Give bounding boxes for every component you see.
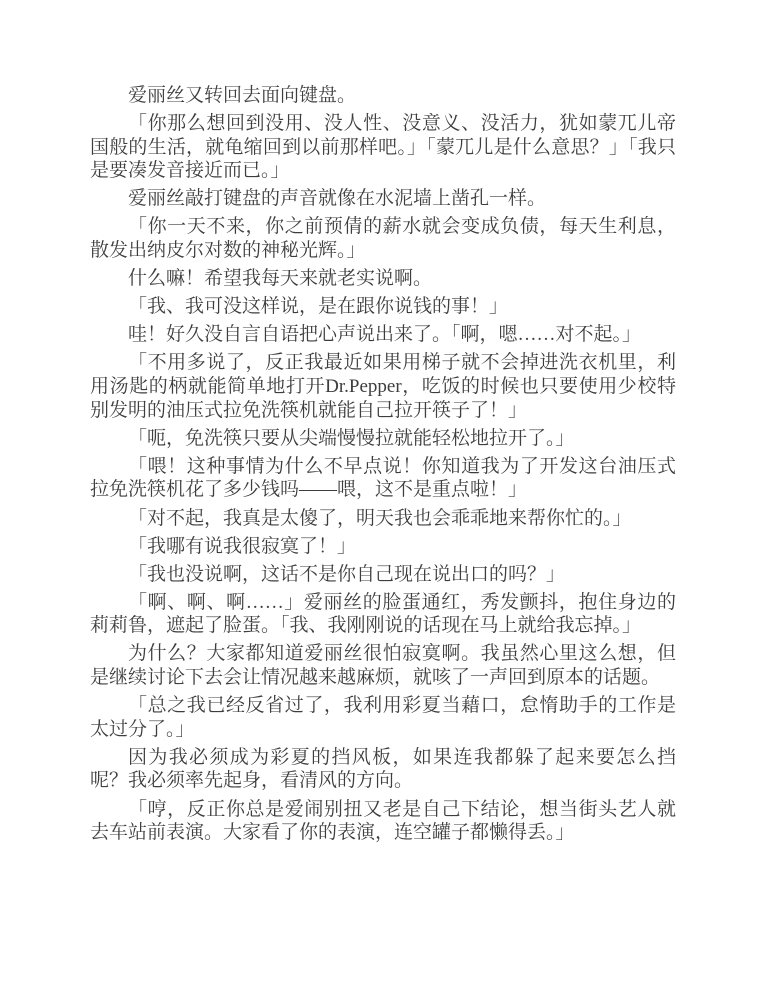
paragraph-9: 「呃，免洗筷只要从尖端慢慢拉就能轻松地拉开了。」 [90, 427, 676, 451]
paragraph-2: 「你那么想回到没用、没人性、没意义、没活力，犹如蒙兀儿帝国般的生活，就龟缩回到以… [90, 112, 676, 183]
paragraph-14: 「啊、啊、啊……」爱丽丝的脸蛋通红，秀发颤抖，抱住身边的莉莉鲁，遮起了脸蛋。「我… [90, 591, 676, 638]
paragraph-1: 爱丽丝又转回去面向键盘。 [90, 84, 676, 108]
paragraph-10: 「喂！这种事情为什么不早点说！你知道我为了开发这台油压式拉免洗筷机花了多少钱吗—… [90, 455, 676, 502]
paragraph-15: 为什么？大家都知道爱丽丝很怕寂寞啊。我虽然心里这么想，但是继续讨论下去会让情况越… [90, 642, 676, 689]
paragraph-18: 「哼，反正你总是爱闹别扭又老是自己下结论，想当街头艺人就去车站前表演。大家看了你… [90, 798, 676, 845]
paragraph-12: 「我哪有说我很寂寞了！」 [90, 535, 676, 559]
paragraph-8: 「不用多说了，反正我最近如果用梯子就不会掉进洗衣机里，利用汤匙的柄就能简单地打开… [90, 351, 676, 422]
paragraph-13: 「我也没说啊，这话不是你自己现在说出口的吗？」 [90, 563, 676, 587]
paragraph-3: 爱丽丝敲打键盘的声音就像在水泥墙上凿孔一样。 [90, 187, 676, 211]
paragraph-17: 因为我必须成为彩夏的挡风板，如果连我都躲了起来要怎么挡呢？我必须率先起身，看清风… [90, 746, 676, 793]
text-content: 爱丽丝又转回去面向键盘。 「你那么想回到没用、没人性、没意义、没活力，犹如蒙兀儿… [90, 84, 676, 845]
paragraph-4: 「你一天不来，你之前预倩的薪水就会变成负债，每天生利息，散发出纳皮尔对数的神秘光… [90, 215, 676, 262]
paragraph-5: 什么嘛！希望我每天来就老实说啊。 [90, 267, 676, 291]
paragraph-6: 「我、我可没这样说，是在跟你说钱的事！」 [90, 295, 676, 319]
paragraph-11: 「对不起，我真是太傻了，明天我也会乖乖地来帮你忙的。」 [90, 507, 676, 531]
novel-page: 爱丽丝又转回去面向键盘。 「你那么想回到没用、没人性、没意义、没活力，犹如蒙兀儿… [0, 0, 765, 990]
paragraph-7: 哇！好久没自言自语把心声说出来了。「啊，嗯……对不起。」 [90, 323, 676, 347]
paragraph-16: 「总之我已经反省过了，我利用彩夏当藉口，怠惰助手的工作是太过分了。」 [90, 694, 676, 741]
